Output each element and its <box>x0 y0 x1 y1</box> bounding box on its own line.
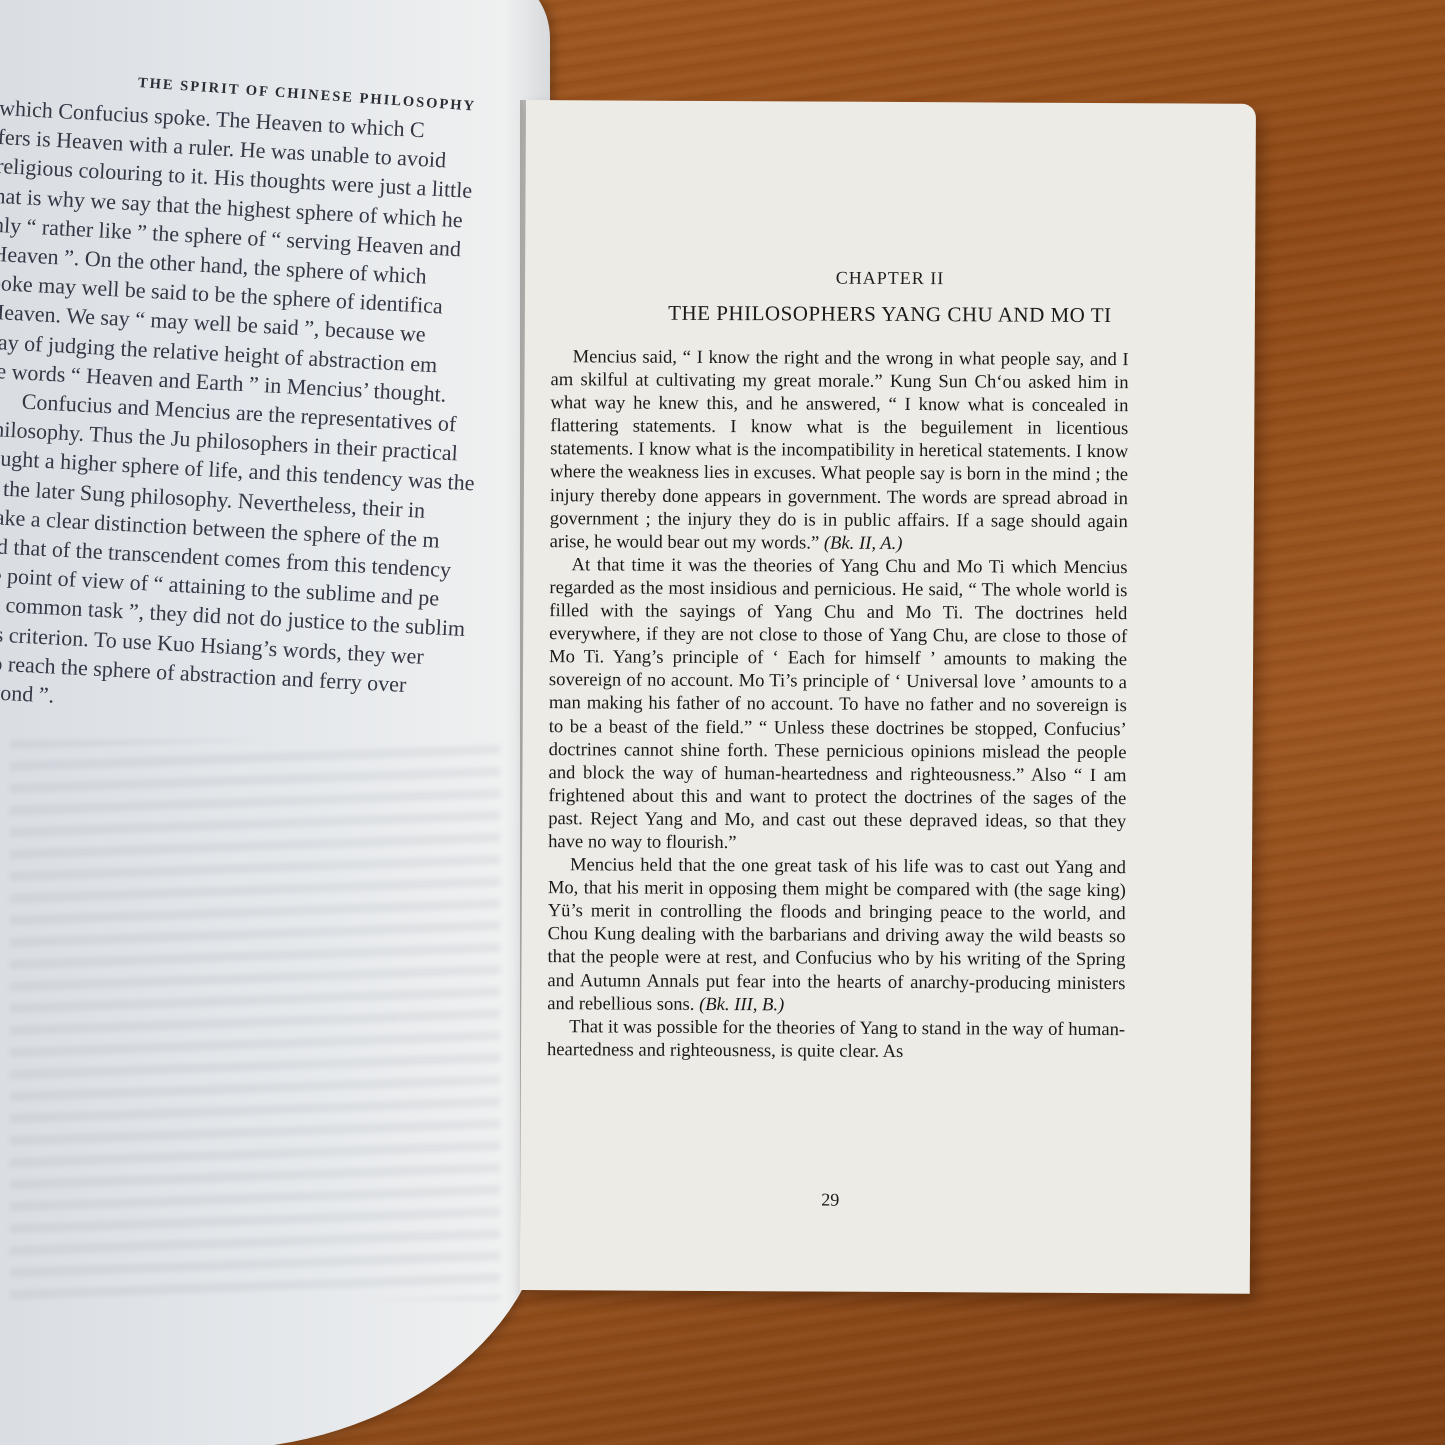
right-page: CHAPTER II THE PHILOSOPHERS YANG CHU AND… <box>520 100 1256 1294</box>
paragraph: That it was possible for the theories of… <box>547 1015 1125 1064</box>
paragraph: At that time it was the theories of Yang… <box>548 553 1128 856</box>
paragraph: Mencius held that the one great task of … <box>547 853 1126 1018</box>
citation: (Bk. III, B.) <box>699 994 784 1015</box>
paragraph: Mencius said, “ I know the right and the… <box>550 345 1129 556</box>
chapter-title: THE PHILOSOPHERS YANG CHU AND MO TI <box>525 300 1255 329</box>
left-page-body: which Confucius spoke. The Heaven to whi… <box>0 93 559 735</box>
left-page: THE SPIRIT OF CHINESE PHILOSOPHY which C… <box>0 0 550 1445</box>
citation: (Bk. II, A.) <box>824 532 903 553</box>
chapter-number: CHAPTER II <box>525 266 1255 291</box>
right-page-body: Mencius said, “ I know the right and the… <box>547 345 1129 1064</box>
show-through-text <box>10 740 500 1300</box>
page-number: 29 <box>520 1188 1140 1212</box>
